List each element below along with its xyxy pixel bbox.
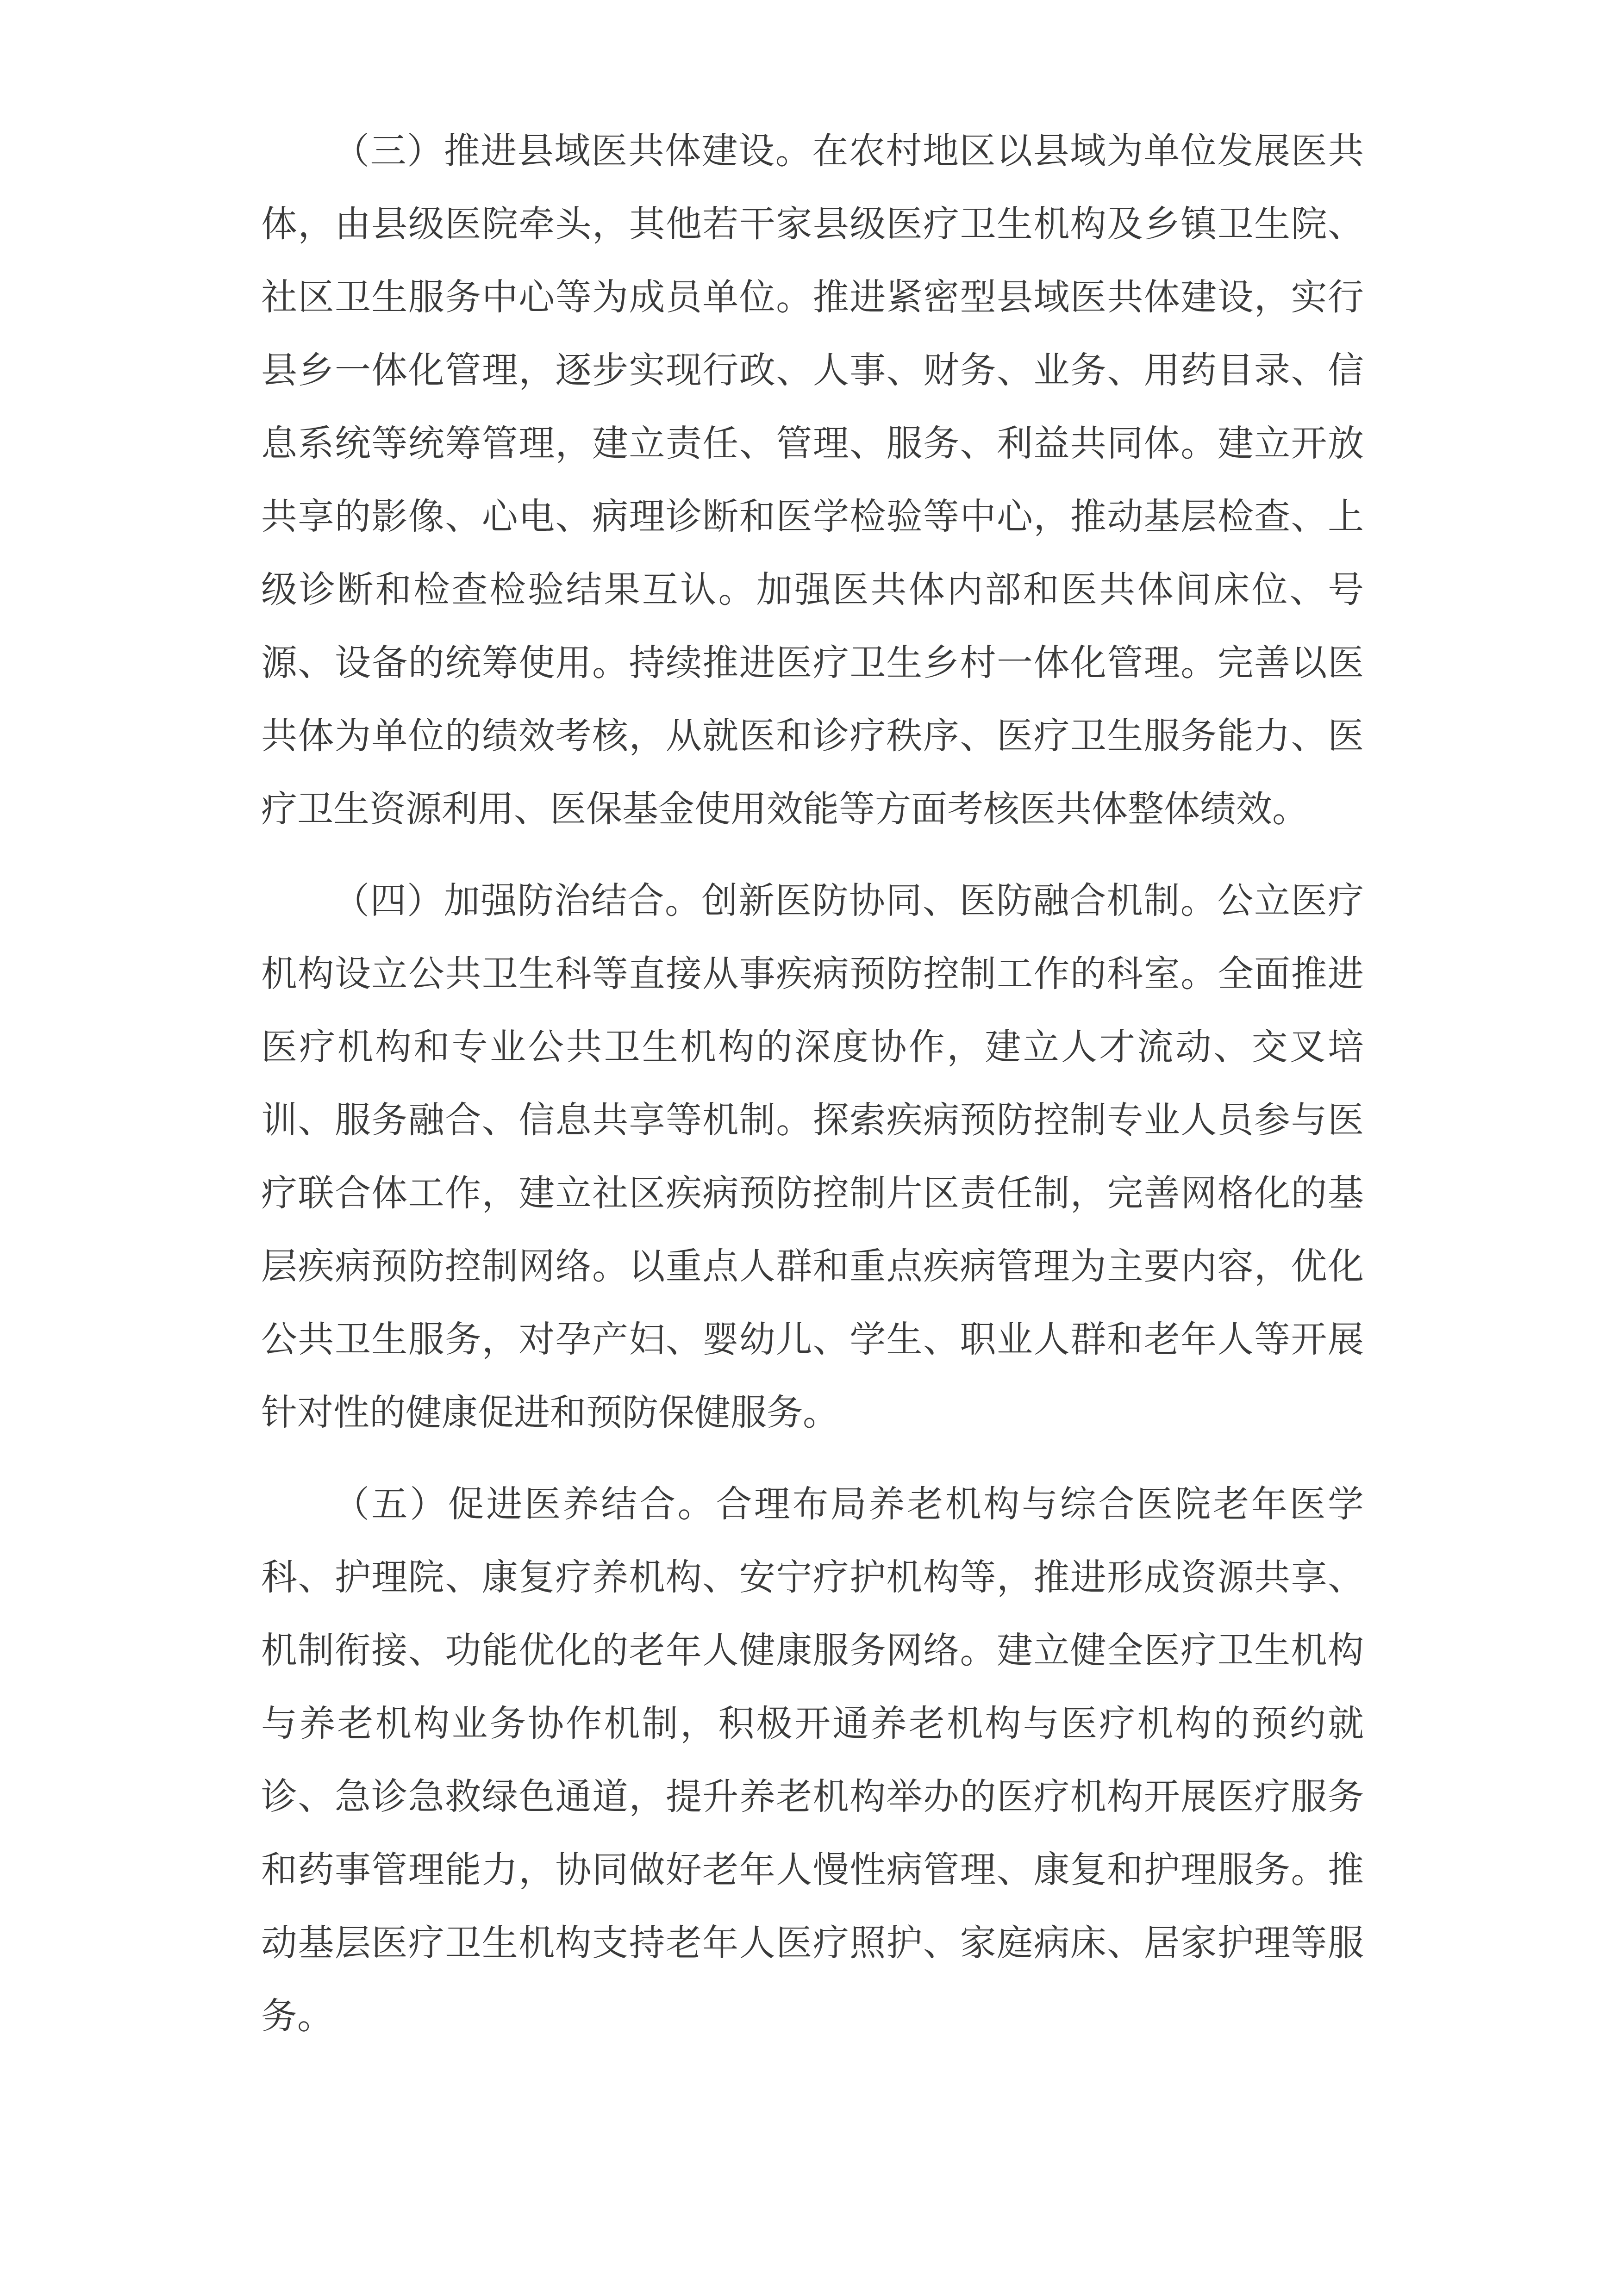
paragraph-item-5: （五）促进医养结合。合理布局养老机构与综合医院老年医学科、护理院、康复疗养机构、… [261,1468,1364,2053]
document-page: （三）推进县域医共体建设。在农村地区以县域为单位发展医共体，由县级医院牵头，其他… [0,0,1624,2296]
document-body: （三）推进县域医共体建设。在农村地区以县域为单位发展医共体，由县级医院牵头，其他… [261,115,1364,2072]
paragraph-item-4: （四）加强防治结合。创新医防协同、医防融合机制。公立医疗机构设立公共卫生科等直接… [261,865,1364,1450]
paragraph-item-3: （三）推进县域医共体建设。在农村地区以县域为单位发展医共体，由县级医院牵头，其他… [261,115,1364,846]
